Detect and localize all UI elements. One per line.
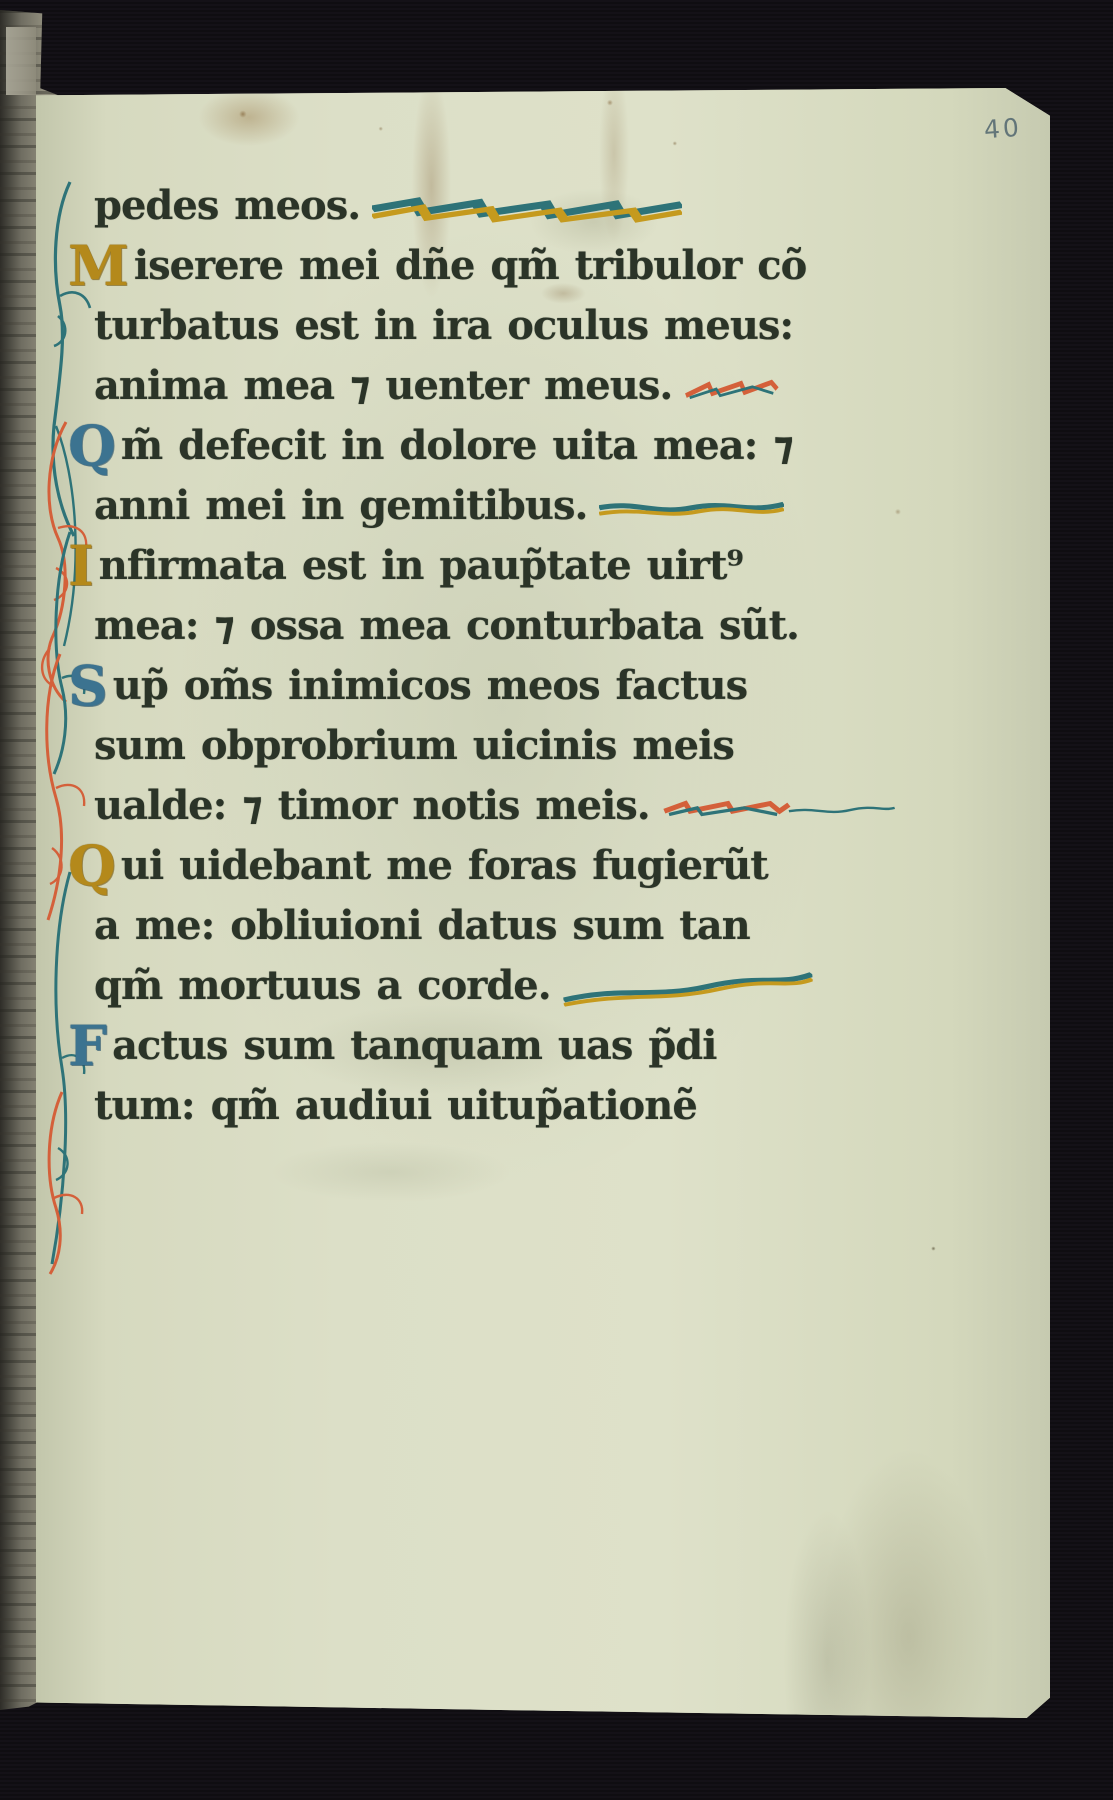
line-text: up̃ om̃s inimicos meos factus: [113, 662, 747, 709]
line-text: sum obprobrium uicinis meis: [94, 722, 734, 769]
line-text: anni mei in gemitibus.: [94, 482, 587, 529]
line-text: anima mea ⁊ uenter meus.: [94, 362, 672, 409]
text-line: Factus sum tanquam uas p̃di: [94, 1018, 716, 1074]
line-text: tum: qm̃ audiui uitup̃ationẽ: [94, 1082, 697, 1129]
text-line: a me: obliuioni datus sum tan: [94, 898, 750, 954]
line-text: a me: obliuioni datus sum tan: [94, 902, 750, 949]
line-text: pedes meos.: [94, 182, 360, 229]
text-line: ualde: ⁊ timor notis meis.: [94, 778, 897, 834]
line-text: actus sum tanquam uas p̃di: [112, 1022, 716, 1069]
text-line: anni mei in gemitibus.: [94, 478, 784, 534]
line-text: qm̃ mortuus a corde.: [94, 962, 551, 1009]
red-penwork-flourish: [36, 1088, 86, 1278]
page-edge-highlight: [6, 27, 36, 95]
text-line: Qui uidebant me foras fugierũt: [94, 838, 768, 894]
text-line: Qm̃ defecit in dolore uita mea: ⁊: [94, 418, 793, 474]
line-filler-ornament: [599, 497, 784, 521]
illuminated-initial: Q: [68, 841, 116, 891]
illuminated-initial: S: [68, 661, 108, 711]
text-line: mea: ⁊ ossa mea conturbata sũt.: [94, 598, 799, 654]
text-line: pedes meos.: [94, 178, 682, 234]
line-text: ui uidebant me foras fugierũt: [121, 842, 768, 889]
text-line: Miserere mei dñe qm̃ tribulor cõ: [94, 238, 806, 294]
folio-number: 40: [983, 113, 1023, 145]
parchment-leaf: 40 pedes meos.: [36, 88, 1050, 1718]
line-text: ualde: ⁊ timor notis meis.: [94, 782, 650, 829]
text-line: anima mea ⁊ uenter meus.: [94, 358, 779, 414]
line-filler-ornament: [662, 798, 897, 820]
illuminated-initial: I: [68, 541, 94, 591]
text-line: Sup̃ om̃s inimicos meos factus: [94, 658, 747, 714]
text-line: sum obprobrium uicinis meis: [94, 718, 734, 774]
line-text: m̃ defecit in dolore uita mea: ⁊: [121, 422, 793, 469]
line-filler-ornament: [684, 378, 779, 400]
text-line: Infirmata est in paup̃tate uirt⁹: [94, 538, 743, 594]
line-filler-ornament: [372, 194, 682, 224]
text-line: qm̃ mortuus a corde.: [94, 958, 813, 1014]
line-text: iserere mei dñe qm̃ tribulor cõ: [134, 242, 806, 289]
line-text: nfirmata est in paup̃tate uirt⁹: [99, 542, 743, 589]
illuminated-initial: Q: [68, 421, 116, 471]
illuminated-initial: F: [68, 1021, 107, 1071]
line-text: mea: ⁊ ossa mea conturbata sũt.: [94, 602, 799, 649]
text-line: turbatus est in ira oculus meus:: [94, 298, 793, 354]
line-filler-ornament: [562, 968, 813, 1009]
illuminated-initial: M: [68, 241, 129, 291]
text-line: tum: qm̃ audiui uitup̃ationẽ: [94, 1078, 697, 1134]
manuscript-photo: 40 pedes meos.: [0, 0, 1113, 1800]
line-text: turbatus est in ira oculus meus:: [94, 302, 793, 349]
